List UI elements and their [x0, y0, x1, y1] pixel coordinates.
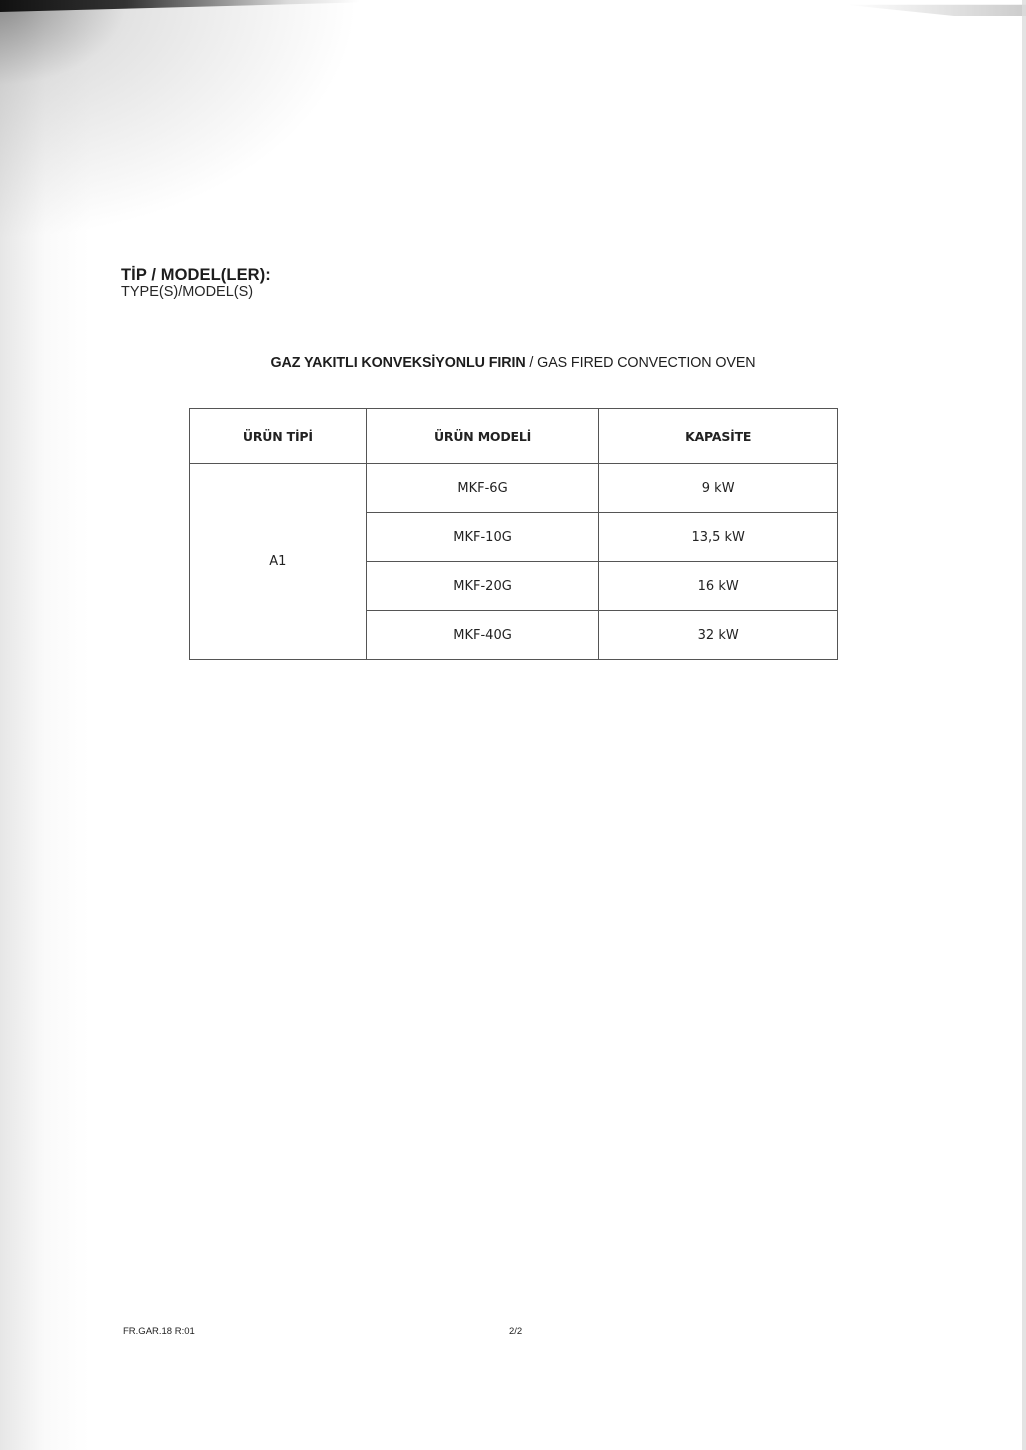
product-name-en: GAS FIRED CONVECTION OVEN	[537, 355, 755, 371]
model-cell: MKF-20G	[366, 562, 599, 611]
product-name-tr: GAZ YAKITLI KONVEKSİYONLU FIRIN	[270, 355, 525, 371]
product-type-cell: A1	[190, 464, 367, 660]
model-cell: MKF-40G	[366, 611, 599, 660]
capacity-cell: 32 kW	[599, 611, 838, 660]
footer-page-number: 2/2	[509, 1326, 522, 1337]
capacity-cell: 13,5 kW	[599, 513, 838, 562]
table-row: A1 MKF-6G 9 kW	[190, 464, 838, 513]
scan-shadow-left	[0, 0, 90, 1450]
heading-title-en: TYPE(S)/MODEL(S)	[121, 284, 271, 300]
capacity-cell: 16 kW	[599, 562, 838, 611]
scan-shadow-top-right	[846, 0, 1026, 16]
table-header-row: ÜRÜN TİPİ ÜRÜN MODELİ KAPASİTE	[190, 409, 838, 464]
header-capacity: KAPASİTE	[599, 409, 838, 464]
header-product-type: ÜRÜN TİPİ	[190, 409, 367, 464]
capacity-cell: 9 kW	[599, 464, 838, 513]
model-cell: MKF-6G	[366, 464, 599, 513]
scan-edge-right	[1022, 0, 1026, 1450]
type-model-heading: TİP / MODEL(LER): TYPE(S)/MODEL(S)	[121, 266, 271, 300]
models-table: ÜRÜN TİPİ ÜRÜN MODELİ KAPASİTE A1 MKF-6G…	[189, 408, 838, 660]
heading-title-tr: TİP / MODEL(LER):	[121, 266, 271, 284]
product-name-separator: /	[526, 355, 538, 371]
model-cell: MKF-10G	[366, 513, 599, 562]
footer-form-code: FR.GAR.18 R:01	[123, 1326, 195, 1337]
scan-shadow-top-left	[0, 0, 360, 240]
product-title: GAZ YAKITLI KONVEKSİYONLU FIRIN / GAS FI…	[0, 355, 1026, 371]
scan-edge-top	[0, 0, 360, 12]
header-product-model: ÜRÜN MODELİ	[366, 409, 599, 464]
